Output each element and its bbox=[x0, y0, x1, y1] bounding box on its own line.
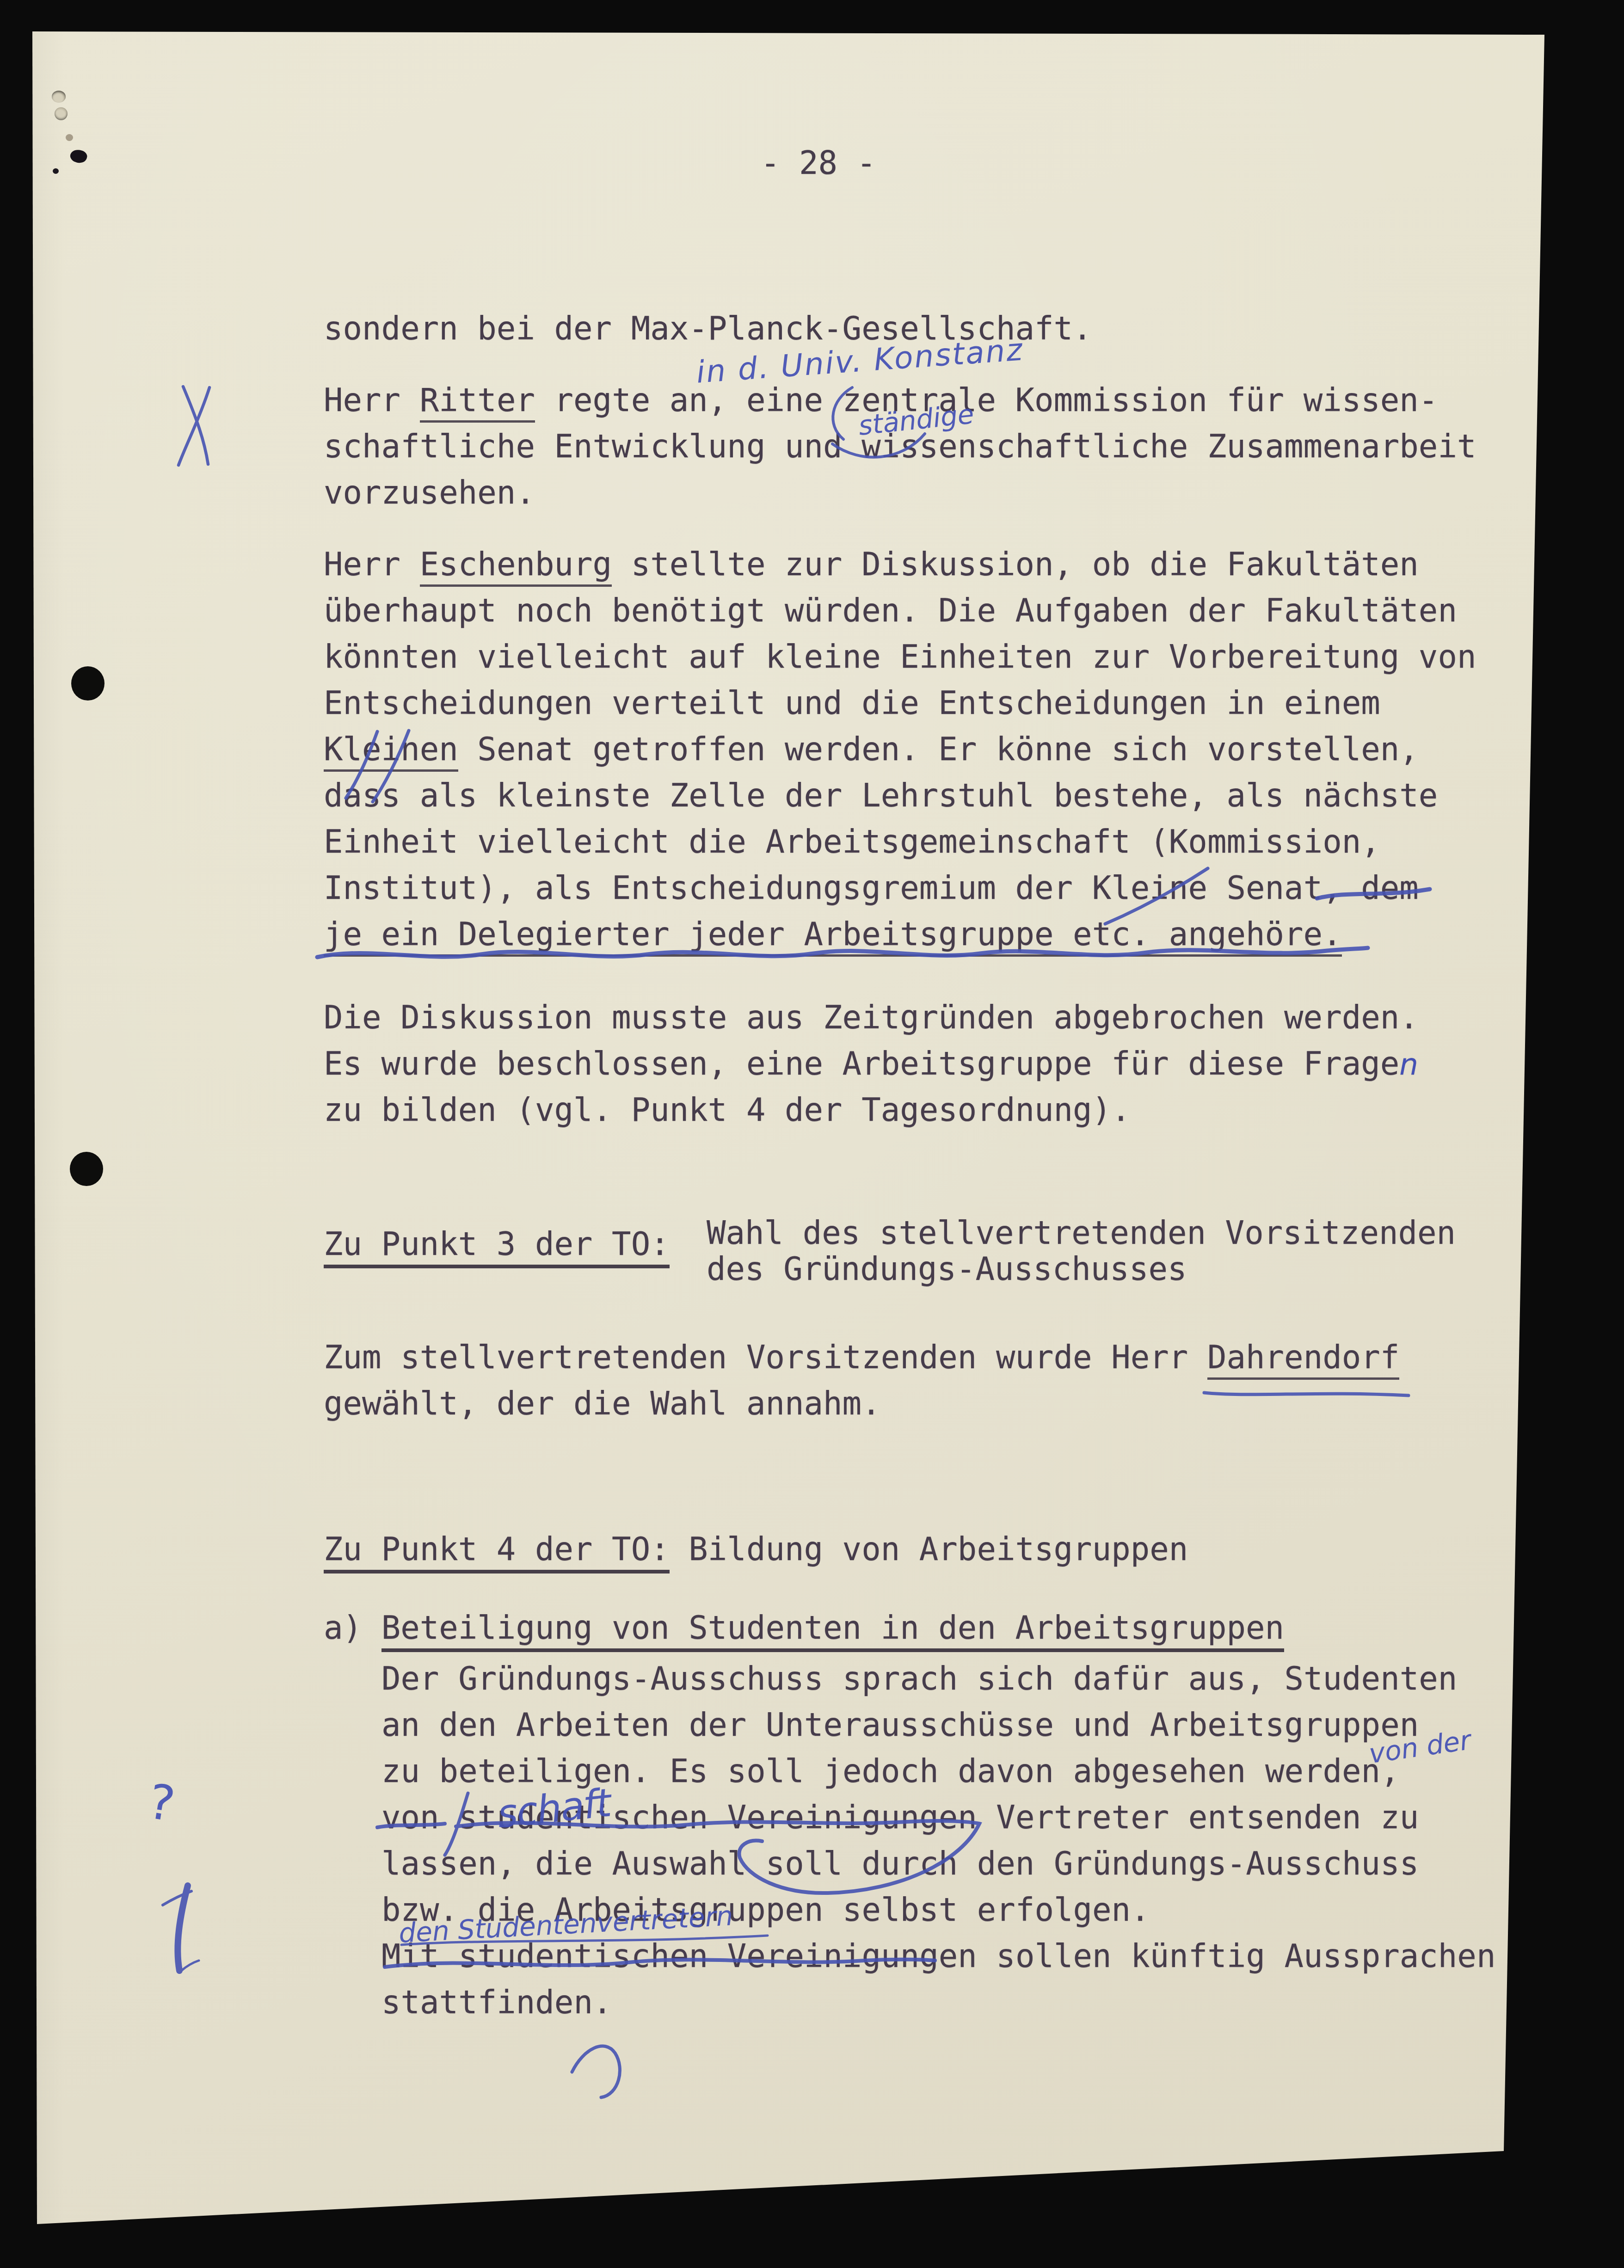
typed-line: Die Diskussion musste aus Zeitgründen ab… bbox=[324, 1002, 1419, 1034]
typed-line: des Gründungs-Ausschusses bbox=[707, 1251, 1456, 1287]
typed-line: stattfinden. bbox=[381, 1987, 612, 2019]
typed-line: Entscheidungen verteilt und die Entschei… bbox=[324, 688, 1380, 719]
typed-line: schaftliche Entwicklung und wissenschaft… bbox=[324, 431, 1476, 463]
text-segment: Vertreter entsenden zu bbox=[977, 1799, 1419, 1836]
text-segment: a) bbox=[324, 1610, 381, 1647]
struck-word-dem: , dem bbox=[1323, 870, 1419, 907]
text-segment: regte an, eine zentrale Kommission für w… bbox=[535, 382, 1438, 419]
typed-line: gewählt, der die Wahl annahm. bbox=[324, 1388, 881, 1420]
underlined-name-dahrendorf: Dahrendorf bbox=[1207, 1339, 1399, 1380]
typed-line: Einheit vielleicht die Arbeitsgemeinscha… bbox=[324, 826, 1380, 858]
text-segment bbox=[439, 1799, 459, 1836]
section-label-punkt4: Zu Punkt 4 der TO: Bildung von Arbeitsgr… bbox=[324, 1534, 1188, 1566]
typed-line: Institut), als Entscheidungsgremium der … bbox=[324, 873, 1419, 904]
struck-phrase: studentischen Vereinigungen bbox=[458, 1938, 977, 1975]
typed-line: könnten vielleicht auf kleine Einheiten … bbox=[324, 641, 1476, 673]
typed-line: überhaupt noch benötigt würden. Die Aufg… bbox=[324, 595, 1457, 627]
ink-dot bbox=[53, 168, 59, 174]
typed-line: Mit studentischen Vereinigungen sollen k… bbox=[381, 1941, 1495, 1973]
item-a-heading: a) Beteiligung von Studenten in den Arbe… bbox=[324, 1612, 1284, 1644]
underlined-name-eschenburg: Eschenburg bbox=[420, 546, 612, 587]
text-segment: Herr bbox=[324, 546, 420, 583]
typed-line: an den Arbeiten der Unterausschüsse und … bbox=[381, 1709, 1419, 1741]
struck-word-von: von bbox=[381, 1799, 439, 1836]
text-segment: Senat getroffen werden. Er könne sich vo… bbox=[458, 731, 1419, 768]
staple-hole bbox=[52, 91, 66, 103]
text-segment: stellte zur Diskussion, ob die Fakultäte… bbox=[612, 546, 1419, 583]
paper-smudge bbox=[66, 134, 73, 141]
page-number: - 28 - bbox=[761, 148, 876, 179]
punch-hole bbox=[70, 1152, 103, 1186]
typed-line: Der Gründungs-Ausschuss sprach sich dafü… bbox=[381, 1663, 1457, 1695]
handwriting-added-n: n bbox=[1399, 1048, 1418, 1082]
text-segment bbox=[708, 1799, 727, 1836]
typed-line: lassen, die Auswahl soll durch den Gründ… bbox=[381, 1848, 1419, 1880]
underlined-heading: Zu Punkt 4 der TO: bbox=[324, 1531, 670, 1573]
underlined-word-kleinen: Kleinen bbox=[324, 731, 458, 772]
struck-word-vereinigungen: Vereinigungen bbox=[727, 1799, 977, 1836]
text-segment: Es wurde beschlossen, eine Arbeitsgruppe… bbox=[324, 1045, 1399, 1082]
typed-line: Zum stellvertretenden Vorsitzenden wurde… bbox=[324, 1342, 1399, 1374]
typed-line: Es wurde beschlossen, eine Arbeitsgruppe… bbox=[324, 1048, 1418, 1080]
text-segment: Institut), als Entscheidungsgremium der bbox=[324, 870, 1092, 907]
staple-hole bbox=[55, 107, 68, 120]
typed-line: Wahl des stellvertretenden Vorsitzenden bbox=[707, 1215, 1456, 1251]
typed-line: vorzusehen. bbox=[324, 477, 535, 509]
text-segment: Herr bbox=[324, 382, 420, 419]
text-segment: Senat bbox=[1207, 870, 1323, 907]
underlined-heading: Zu Punkt 3 der TO: bbox=[324, 1226, 670, 1268]
underlined-name-ritter: Ritter bbox=[420, 382, 535, 423]
text-segment: Bildung von Arbeitsgruppen bbox=[670, 1531, 1188, 1568]
section-label-punkt3: Zu Punkt 3 der TO: bbox=[324, 1229, 670, 1260]
text-segment: Zum stellvertretenden Vorsitzenden wurde… bbox=[324, 1339, 1207, 1376]
typed-line: Herr Eschenburg stellte zur Diskussion, … bbox=[324, 549, 1419, 581]
typed-line: zu beteiligen. Es soll jedoch davon abge… bbox=[381, 1756, 1400, 1788]
punch-hole bbox=[71, 666, 105, 701]
typed-line: Kleinen Senat getroffen werden. Er könne… bbox=[324, 734, 1419, 766]
typed-line: zu bilden (vgl. Punkt 4 der Tagesordnung… bbox=[324, 1094, 1131, 1126]
punkt3-title: Wahl des stellvertretenden Vorsitzenden … bbox=[707, 1215, 1456, 1287]
text-segment: sollen künftig Aussprachen bbox=[977, 1938, 1496, 1975]
underlined-heading: Beteiligung von Studenten in den Arbeits… bbox=[381, 1610, 1284, 1652]
scanned-document-page: - 28 - sondern bei der Max-Planck-Gesell… bbox=[0, 0, 1624, 2268]
typed-line: je ein Delegierter jeder Arbeitsgruppe e… bbox=[324, 919, 1342, 951]
struck-sentence: je ein Delegierter jeder Arbeitsgruppe e… bbox=[324, 916, 1342, 957]
struck-word-kleine: Kleine bbox=[1092, 870, 1207, 907]
text-segment: Mit bbox=[381, 1938, 458, 1975]
typed-line: dass als kleinste Zelle der Lehrstuhl be… bbox=[324, 780, 1438, 812]
